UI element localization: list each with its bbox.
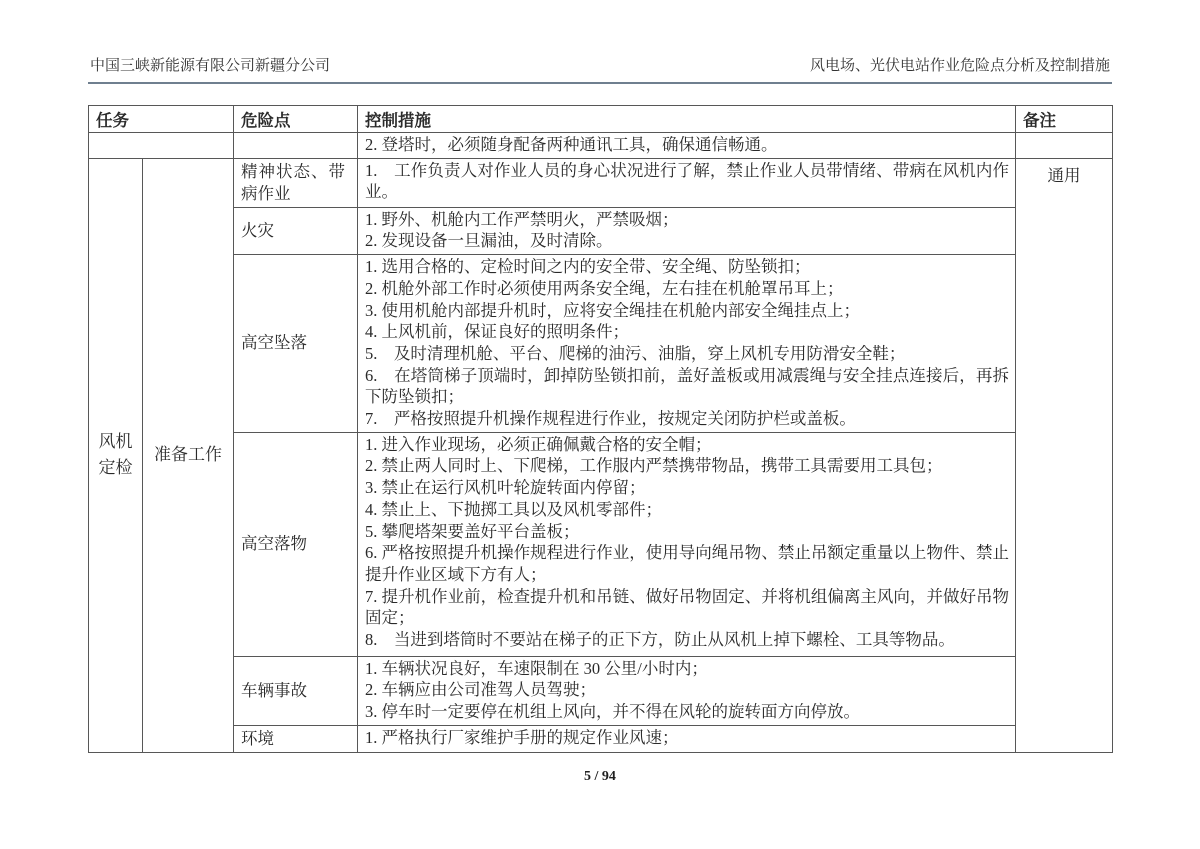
column-header-hazard: 危险点 bbox=[234, 106, 358, 133]
page-header: 中国三峡新能源有限公司新疆分公司 风电场、光伏电站作业危险点分析及控制措施 bbox=[88, 57, 1112, 75]
hazard-label: 高空坠落 bbox=[234, 255, 358, 433]
hazard-label: 环境 bbox=[234, 725, 358, 752]
carryover-hazard-cell bbox=[234, 133, 358, 159]
table-row-vehicle-accident: 车辆事故 1. 车辆状况良好，车速限制在 30 公里/小时内； 2. 车辆应由公… bbox=[89, 656, 1113, 725]
header-divider bbox=[88, 82, 1112, 84]
page-number: 5 / 94 bbox=[88, 769, 1112, 785]
task-label: 风机定检 bbox=[97, 429, 134, 481]
hazard-label: 车辆事故 bbox=[234, 656, 358, 725]
measures-text: 1. 进入作业现场，必须正确佩戴合格的安全帽； 2. 禁止两人同时上、下爬梯，工… bbox=[358, 432, 1016, 656]
document-page: 中国三峡新能源有限公司新疆分公司 风电场、光伏电站作业危险点分析及控制措施 任务… bbox=[0, 0, 1200, 849]
column-header-task: 任务 bbox=[89, 106, 234, 133]
hazard-label: 高空落物 bbox=[234, 432, 358, 656]
measures-text: 1. 选用合格的、定检时间之内的安全带、安全绳、防坠锁扣； 2. 机舱外部工作时… bbox=[358, 255, 1016, 433]
table-row-fire: 火灾 1. 野外、机舱内工作严禁明火，严禁吸烟； 2. 发现设备一旦漏油，及时清… bbox=[89, 207, 1113, 254]
table-row-falling-objects: 高空落物 1. 进入作业现场，必须正确佩戴合格的安全帽； 2. 禁止两人同时上、… bbox=[89, 432, 1113, 656]
subtask-cell: 准备工作 bbox=[143, 158, 234, 752]
hazard-label: 精神状态、带病作业 bbox=[234, 158, 358, 207]
carryover-remark-cell bbox=[1016, 133, 1113, 159]
header-company-name: 中国三峡新能源有限公司新疆分公司 bbox=[90, 57, 330, 75]
measures-text: 1. 车辆状况良好，车速限制在 30 公里/小时内； 2. 车辆应由公司准驾人员… bbox=[358, 656, 1016, 725]
hazard-label: 火灾 bbox=[234, 207, 358, 254]
carryover-measures-cell: 2. 登塔时，必须随身配备两种通讯工具，确保通信畅通。 bbox=[358, 133, 1016, 159]
header-document-title: 风电场、光伏电站作业危险点分析及控制措施 bbox=[810, 57, 1110, 75]
column-header-remark: 备注 bbox=[1016, 106, 1113, 133]
measures-text: 1. 严格执行厂家维护手册的规定作业风速； bbox=[358, 725, 1016, 752]
document-content: 中国三峡新能源有限公司新疆分公司 风电场、光伏电站作业危险点分析及控制措施 任务… bbox=[88, 0, 1112, 785]
table-header-row: 任务 危险点 控制措施 备注 bbox=[89, 106, 1113, 133]
task-cell: 风机定检 bbox=[89, 158, 143, 752]
measures-text: 1. 工作负责人对作业人员的身心状况进行了解，禁止作业人员带情绪、带病在风机内作… bbox=[358, 158, 1016, 207]
table-row-mental-state: 风机定检 准备工作 精神状态、带病作业 1. 工作负责人对作业人员的身心状况进行… bbox=[89, 158, 1113, 207]
subtask-label: 准备工作 bbox=[154, 445, 222, 464]
table-row-fall-from-height: 高空坠落 1. 选用合格的、定检时间之内的安全带、安全绳、防坠锁扣； 2. 机舱… bbox=[89, 255, 1113, 433]
carryover-task-cell bbox=[89, 133, 234, 159]
remark-cell: 通用 bbox=[1016, 158, 1113, 752]
column-header-control: 控制措施 bbox=[358, 106, 1016, 133]
table-row-environment: 环境 1. 严格执行厂家维护手册的规定作业风速； bbox=[89, 725, 1113, 752]
table-row-carryover: 2. 登塔时，必须随身配备两种通讯工具，确保通信畅通。 bbox=[89, 133, 1113, 159]
measures-text: 1. 野外、机舱内工作严禁明火，严禁吸烟； 2. 发现设备一旦漏油，及时清除。 bbox=[358, 207, 1016, 254]
hazard-analysis-table: 任务 危险点 控制措施 备注 2. 登塔时，必须随身配备两种通讯工具，确保通信畅… bbox=[88, 105, 1113, 753]
